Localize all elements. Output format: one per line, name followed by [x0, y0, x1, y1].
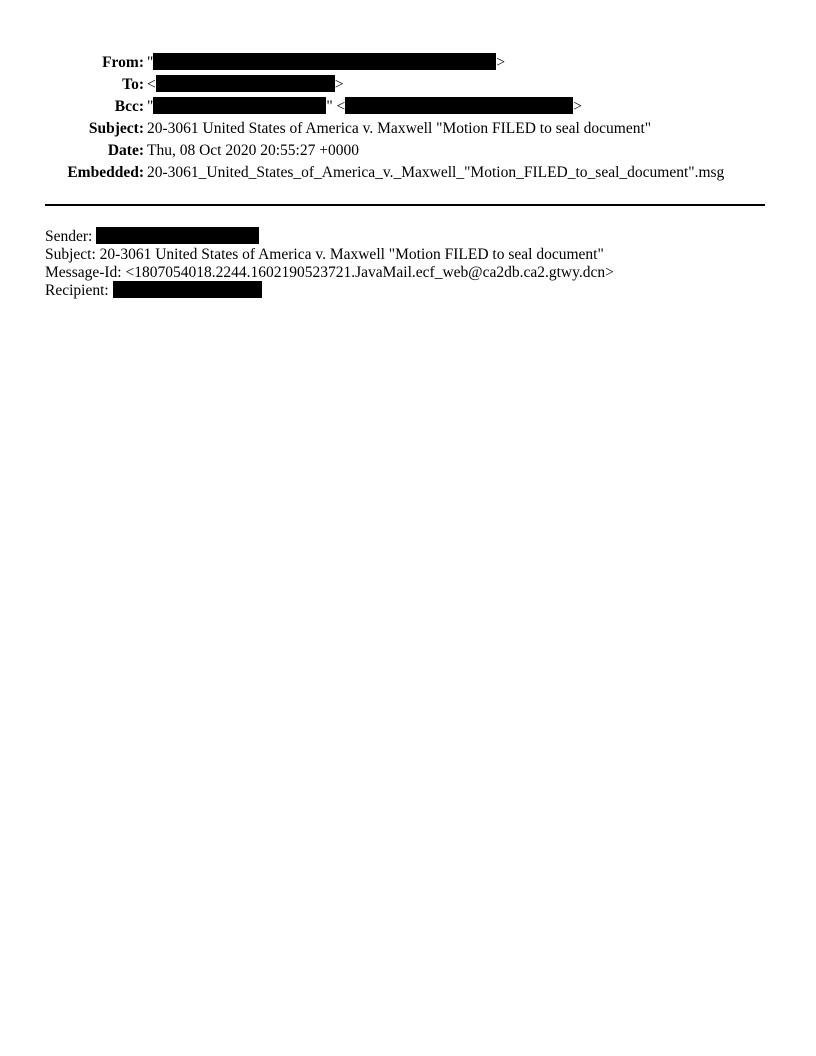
embedded-label: Embedded: [67, 162, 144, 184]
to-label: To: [122, 74, 144, 96]
date-row: Date: Thu, 08 Oct 2020 20:55:27 +0000 [0, 140, 816, 162]
sender-label: Sender: [45, 228, 92, 245]
to-prefix: < [147, 76, 156, 93]
bcc-row: Bcc: "" <> [0, 96, 816, 118]
to-value: <> [147, 74, 344, 96]
from-value: "> [147, 52, 505, 74]
body-subject-line: Subject: 20-3061 United States of Americ… [45, 245, 604, 264]
to-row: To: <> [0, 74, 816, 96]
bcc-label: Bcc: [115, 96, 144, 118]
subject-value: 20-3061 United States of America v. Maxw… [147, 118, 651, 140]
redaction-block [345, 97, 573, 114]
bcc-suffix: > [573, 98, 582, 115]
bcc-middle: " < [326, 98, 345, 115]
from-row: From: "> [0, 52, 816, 74]
redaction-block [113, 281, 262, 298]
redaction-block [153, 97, 326, 114]
embedded-value: 20-3061_United_States_of_America_v._Maxw… [147, 162, 724, 184]
from-label: From: [102, 52, 144, 74]
sender-line: Sender: [45, 227, 259, 246]
from-suffix: > [496, 54, 505, 71]
to-suffix: > [335, 76, 344, 93]
embedded-row: Embedded: 20-3061_United_States_of_Ameri… [0, 162, 816, 184]
date-value: Thu, 08 Oct 2020 20:55:27 +0000 [147, 140, 359, 162]
date-label: Date: [108, 140, 144, 162]
recipient-label: Recipient: [45, 282, 109, 299]
redaction-block [153, 53, 496, 70]
recipient-line: Recipient: [45, 281, 262, 300]
subject-row: Subject: 20-3061 United States of Americ… [0, 118, 816, 140]
message-id-line: Message-Id: <1807054018.2244.16021905237… [45, 263, 614, 282]
horizontal-divider [45, 204, 765, 206]
redaction-block [96, 227, 259, 244]
redaction-block [156, 75, 335, 92]
bcc-value: "" <> [147, 96, 582, 118]
subject-label: Subject: [89, 118, 144, 140]
